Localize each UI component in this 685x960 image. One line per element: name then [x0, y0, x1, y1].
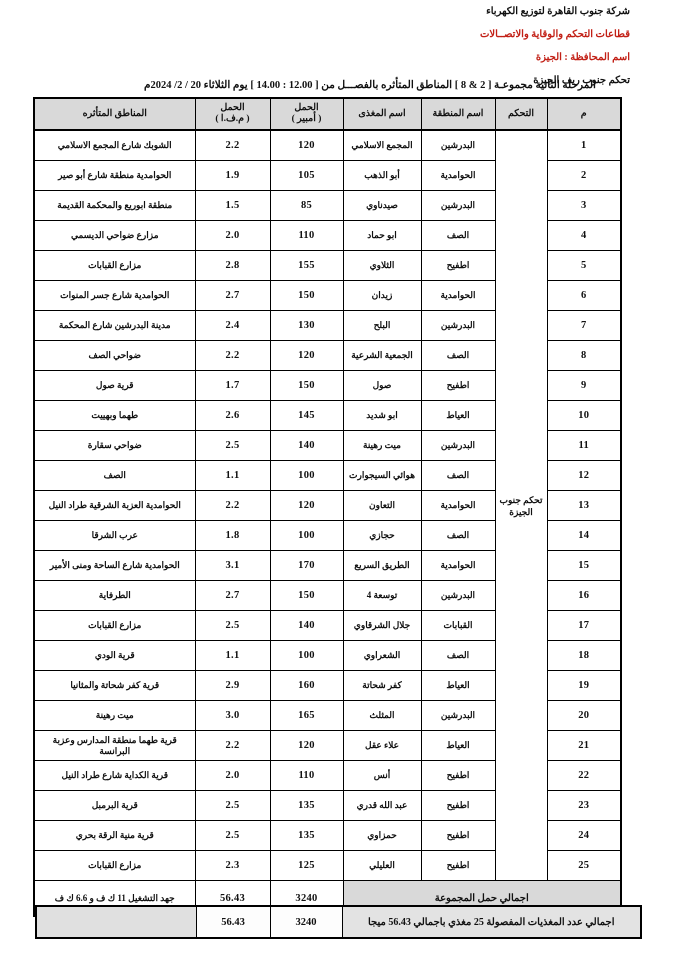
cell-row-number: 11	[547, 431, 621, 461]
cell-affected-areas: طهما وبهييت	[34, 401, 195, 431]
cell-feeder-name: ابو حماد	[343, 221, 421, 251]
cell-area-name: الحوامدية	[421, 491, 495, 521]
cell-load-mva: 2.3	[195, 851, 270, 881]
cell-row-number: 9	[547, 371, 621, 401]
cell-load-amps: 110	[270, 761, 343, 791]
cell-feeder-name: زيدان	[343, 281, 421, 311]
cell-row-number: 10	[547, 401, 621, 431]
cell-load-mva: 1.9	[195, 161, 270, 191]
cell-area-name: الحوامدية	[421, 551, 495, 581]
cell-area-name: البدرشين	[421, 581, 495, 611]
cell-load-mva: 2.5	[195, 431, 270, 461]
cell-load-amps: 100	[270, 641, 343, 671]
cell-area-name: البدرشين	[421, 130, 495, 161]
cell-affected-areas: الطرفاية	[34, 581, 195, 611]
cell-row-number: 14	[547, 521, 621, 551]
cell-affected-areas: مزارع القبابات	[34, 851, 195, 881]
cell-affected-areas: قرية البرمبل	[34, 791, 195, 821]
header-row: م التحكم اسم المنطقة اسم المغذى الحمل ( …	[34, 98, 621, 130]
cell-load-mva: 2.6	[195, 401, 270, 431]
cell-load-amps: 130	[270, 311, 343, 341]
cell-row-number: 20	[547, 701, 621, 731]
cell-area-name: الصف	[421, 221, 495, 251]
cell-load-amps: 125	[270, 851, 343, 881]
cell-feeder-name: كفر شحاتة	[343, 671, 421, 701]
cell-area-name: اطفيح	[421, 761, 495, 791]
cell-row-number: 25	[547, 851, 621, 881]
document-page: { "letterhead": { "company": "شركة جنوب …	[0, 0, 685, 960]
cell-feeder-name: علاء عقل	[343, 731, 421, 761]
outage-table-header: م التحكم اسم المنطقة اسم المغذى الحمل ( …	[34, 98, 621, 130]
cell-row-number: 3	[547, 191, 621, 221]
header-affected-areas: المناطق المتأثره	[34, 98, 195, 130]
cell-load-amps: 140	[270, 611, 343, 641]
cell-area-name: اطفيح	[421, 791, 495, 821]
cell-row-number: 4	[547, 221, 621, 251]
cell-load-amps: 140	[270, 431, 343, 461]
cell-feeder-name: أنس	[343, 761, 421, 791]
cell-feeder-name: حمزاوي	[343, 821, 421, 851]
cell-affected-areas: مزارع ضواحي الديسمي	[34, 221, 195, 251]
cell-feeder-name: التعاون	[343, 491, 421, 521]
cell-row-number: 13	[547, 491, 621, 521]
cell-load-mva: 1.8	[195, 521, 270, 551]
cell-load-amps: 155	[270, 251, 343, 281]
sector-name: قطاعات التحكم والوقاية والاتصــالات	[480, 29, 630, 41]
cell-feeder-name: صول	[343, 371, 421, 401]
cell-load-amps: 135	[270, 791, 343, 821]
cell-area-name: العياط	[421, 401, 495, 431]
cell-area-name: اطفيح	[421, 371, 495, 401]
cell-row-number: 1	[547, 130, 621, 161]
summary-blank-cell	[36, 906, 196, 938]
cell-area-name: اطفيح	[421, 851, 495, 881]
cell-load-amps: 105	[270, 161, 343, 191]
cell-row-number: 18	[547, 641, 621, 671]
cell-row-number: 8	[547, 341, 621, 371]
cell-load-amps: 120	[270, 341, 343, 371]
document-title: المرحلة الثانية مجموعـة [ 2 & 8 ] المناط…	[88, 79, 652, 91]
header-feeder-name: اسم المغذى	[343, 98, 421, 130]
governorate-name: اسم المحافظة : الجيزة	[480, 52, 630, 64]
cell-load-amps: 120	[270, 731, 343, 761]
cell-load-mva: 2.7	[195, 581, 270, 611]
cell-area-name: البدرشين	[421, 191, 495, 221]
header-area-name: اسم المنطقة	[421, 98, 495, 130]
header-control: التحكم	[495, 98, 547, 130]
cell-area-name: البدرشين	[421, 431, 495, 461]
cell-load-mva: 3.0	[195, 701, 270, 731]
cell-load-amps: 145	[270, 401, 343, 431]
cell-feeder-name: ميت رهينة	[343, 431, 421, 461]
cell-load-mva: 2.0	[195, 221, 270, 251]
cell-feeder-name: الثلاوي	[343, 251, 421, 281]
cell-load-mva: 2.5	[195, 611, 270, 641]
cell-area-name: الصف	[421, 341, 495, 371]
cell-row-number: 12	[547, 461, 621, 491]
cell-load-mva: 2.2	[195, 491, 270, 521]
table-body: 1تحكم جنوب الجيزةالبدرشينالمجمع الاسلامي…	[34, 130, 621, 881]
cell-affected-areas: مدينة البدرشين شارع المحكمة	[34, 311, 195, 341]
cell-row-number: 7	[547, 311, 621, 341]
summary-text-cell: اجمالي عدد المغذيات المفصولة 25 مغذي باج…	[342, 906, 641, 938]
cell-affected-areas: منطقة ابوريع والمحكمة القديمة	[34, 191, 195, 221]
cell-load-amps: 120	[270, 130, 343, 161]
cell-area-name: الحوامدية	[421, 281, 495, 311]
cell-affected-areas: الحوامدية شارع الساحة ومنى الأمير	[34, 551, 195, 581]
header-load-amps: الحمل ( أمبير )	[270, 98, 343, 130]
cell-area-name: اطفيح	[421, 821, 495, 851]
cell-area-name: البدرشين	[421, 701, 495, 731]
cell-area-name: الصف	[421, 641, 495, 671]
header-row-number: م	[547, 98, 621, 130]
cell-load-mva: 2.2	[195, 130, 270, 161]
cell-row-number: 24	[547, 821, 621, 851]
cell-affected-areas: مزارع القبابات	[34, 611, 195, 641]
cell-affected-areas: الحوامدية شارع جسر المنوات	[34, 281, 195, 311]
cell-area-name: اطفيح	[421, 251, 495, 281]
cell-load-mva: 2.5	[195, 791, 270, 821]
cell-load-mva: 1.5	[195, 191, 270, 221]
cell-load-amps: 85	[270, 191, 343, 221]
table-row: 1تحكم جنوب الجيزةالبدرشينالمجمع الاسلامي…	[34, 130, 621, 161]
cell-feeder-name: المثلث	[343, 701, 421, 731]
cell-load-amps: 160	[270, 671, 343, 701]
cell-area-name: القبابات	[421, 611, 495, 641]
cell-area-name: العياط	[421, 671, 495, 701]
cell-affected-areas: الصف	[34, 461, 195, 491]
cell-load-mva: 1.7	[195, 371, 270, 401]
cell-affected-areas: الحوامدية منطقة شارع أبو صير	[34, 161, 195, 191]
cell-load-mva: 2.7	[195, 281, 270, 311]
cell-feeder-name: هوائي السيجوارت	[343, 461, 421, 491]
cell-row-number: 23	[547, 791, 621, 821]
cell-feeder-name: الشعراوي	[343, 641, 421, 671]
cell-feeder-name: أبو الذهب	[343, 161, 421, 191]
cell-row-number: 21	[547, 731, 621, 761]
cell-feeder-name: الطريق السريع	[343, 551, 421, 581]
cell-area-name: البدرشين	[421, 311, 495, 341]
cell-feeder-name: البلح	[343, 311, 421, 341]
cell-load-amps: 120	[270, 491, 343, 521]
cell-affected-areas: ضواحي سقارة	[34, 431, 195, 461]
cell-row-number: 17	[547, 611, 621, 641]
outage-table: م التحكم اسم المنطقة اسم المغذى الحمل ( …	[33, 97, 622, 917]
cell-area-name: الحوامدية	[421, 161, 495, 191]
cell-row-number: 22	[547, 761, 621, 791]
cell-row-number: 16	[547, 581, 621, 611]
cell-load-mva: 2.0	[195, 761, 270, 791]
cell-affected-areas: قرية طهما منطقة المدارس وعزبة البرانسة	[34, 731, 195, 761]
cell-affected-areas: قرية منية الرقة بحري	[34, 821, 195, 851]
cell-load-amps: 110	[270, 221, 343, 251]
cell-affected-areas: ضواحي الصف	[34, 341, 195, 371]
cell-load-mva: 2.5	[195, 821, 270, 851]
cell-area-name: العياط	[421, 731, 495, 761]
cell-load-mva: 1.1	[195, 461, 270, 491]
cell-area-name: الصف	[421, 521, 495, 551]
cell-feeder-name: صيدناوي	[343, 191, 421, 221]
cell-load-amps: 150	[270, 281, 343, 311]
cell-affected-areas: مزارع القبابات	[34, 251, 195, 281]
cell-row-number: 15	[547, 551, 621, 581]
cell-affected-areas: قرية كفر شحاتة والمثانيا	[34, 671, 195, 701]
cell-load-mva: 1.1	[195, 641, 270, 671]
cell-feeder-name: ابو شديد	[343, 401, 421, 431]
cell-feeder-name: الجمعية الشرعية	[343, 341, 421, 371]
cell-load-amps: 170	[270, 551, 343, 581]
cell-load-amps: 100	[270, 461, 343, 491]
cell-affected-areas: قرية صول	[34, 371, 195, 401]
summary-amps-cell: 3240	[270, 906, 342, 938]
cell-load-amps: 150	[270, 371, 343, 401]
cell-feeder-name: عبد الله قدري	[343, 791, 421, 821]
cell-affected-areas: قرية الودي	[34, 641, 195, 671]
cell-load-mva: 2.2	[195, 341, 270, 371]
cell-load-amps: 165	[270, 701, 343, 731]
cell-feeder-name: توسعة 4	[343, 581, 421, 611]
cell-affected-areas: قرية الكداية شارع طراد النيل	[34, 761, 195, 791]
cell-load-mva: 2.8	[195, 251, 270, 281]
cell-load-mva: 2.2	[195, 731, 270, 761]
cell-load-amps: 150	[270, 581, 343, 611]
cell-row-number: 5	[547, 251, 621, 281]
cell-load-mva: 2.4	[195, 311, 270, 341]
summary-strip: اجمالي عدد المغذيات المفصولة 25 مغذي باج…	[35, 905, 642, 939]
cell-control-center: تحكم جنوب الجيزة	[495, 130, 547, 881]
cell-row-number: 19	[547, 671, 621, 701]
cell-affected-areas: ميت رهينة	[34, 701, 195, 731]
header-load-mva: الحمل ( م.ف.ا )	[195, 98, 270, 130]
company-name: شركة جنوب القاهرة لتوزيع الكهرباء	[480, 6, 630, 18]
cell-load-amps: 100	[270, 521, 343, 551]
cell-affected-areas: الشوبك شارع المجمع الاسلامي	[34, 130, 195, 161]
cell-affected-areas: الحوامدية العزبة الشرقية طراد النيل	[34, 491, 195, 521]
cell-row-number: 2	[547, 161, 621, 191]
summary-mva-cell: 56.43	[196, 906, 270, 938]
cell-load-mva: 3.1	[195, 551, 270, 581]
cell-load-mva: 2.9	[195, 671, 270, 701]
cell-area-name: الصف	[421, 461, 495, 491]
cell-feeder-name: المجمع الاسلامي	[343, 130, 421, 161]
summary-row: اجمالي عدد المغذيات المفصولة 25 مغذي باج…	[36, 906, 641, 938]
cell-feeder-name: حجازي	[343, 521, 421, 551]
cell-load-amps: 135	[270, 821, 343, 851]
cell-feeder-name: العليلي	[343, 851, 421, 881]
cell-affected-areas: عرب الشرقا	[34, 521, 195, 551]
cell-feeder-name: جلال الشرقاوي	[343, 611, 421, 641]
cell-row-number: 6	[547, 281, 621, 311]
